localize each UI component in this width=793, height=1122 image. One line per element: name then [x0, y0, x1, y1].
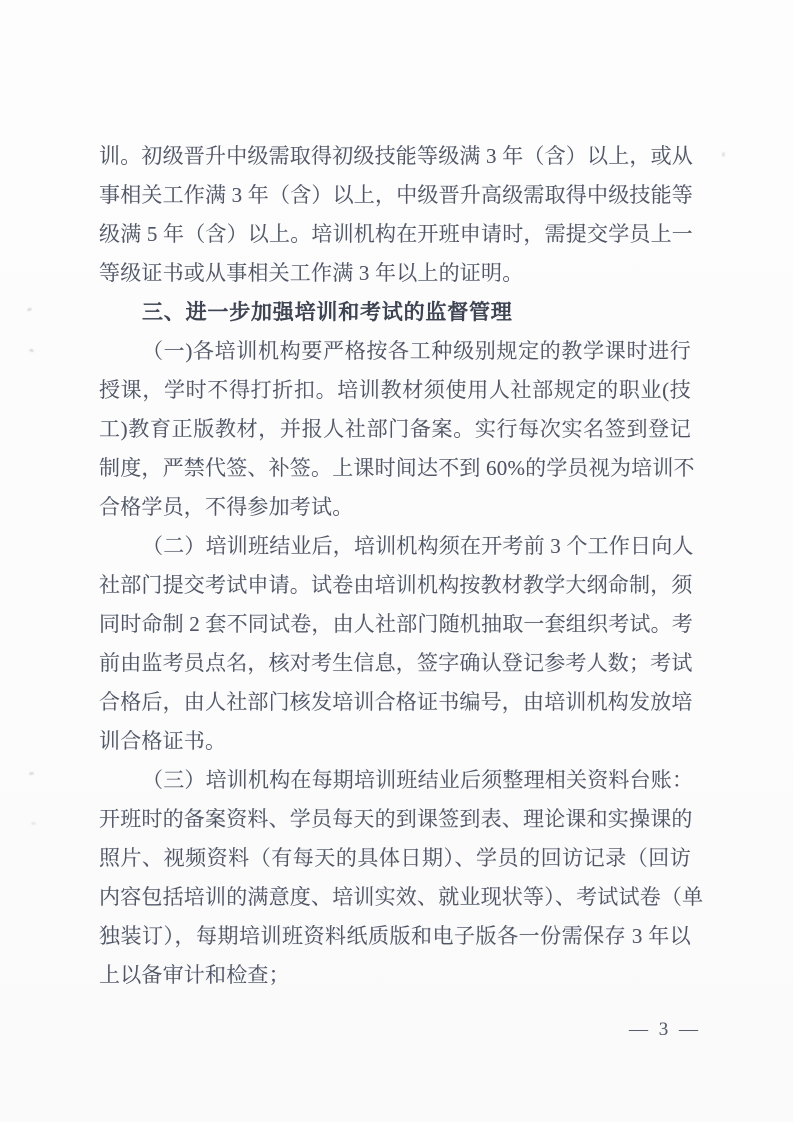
body-line: 同时命制 2 套不同试卷，由人社部门随机抽取一套组织考试。考	[99, 605, 691, 644]
section-heading: 三、进一步加强培训和考试的监督管理	[99, 293, 691, 332]
body-line: 工)教育正版教材，并报人社部门备案。实行每次实名签到登记	[99, 410, 691, 449]
body-line: 照片、视频资料（有每天的具体日期）、学员的回访记录（回访	[99, 839, 691, 878]
body-line: 训。初级晋升中级需取得初级技能等级满 3 年（含）以上，或从	[99, 137, 691, 176]
body-line: 独装订），每期培训班资料纸质版和电子版各一份需保存 3 年以	[99, 917, 691, 956]
body-line: 制度，严禁代签、补签。上课时间达不到 60%的学员视为培训不	[99, 449, 691, 488]
body-line: 等级证书或从事相关工作满 3 年以上的证明。	[99, 254, 691, 293]
body-line: 合格后，由人社部门核发培训合格证书编号，由培训机构发放培	[99, 683, 691, 722]
body-line: （一)各培训机构要严格按各工种级别规定的教学课时进行	[99, 332, 691, 371]
scan-speck	[31, 822, 36, 825]
body-line: （三）培训机构在每期培训班结业后须整理相关资料台账：	[99, 761, 691, 800]
scan-speck	[29, 348, 35, 352]
document-body: 训。初级晋升中级需取得初级技能等级满 3 年（含）以上，或从 事相关工作满 3 …	[99, 137, 691, 995]
scanned-document-page: 训。初级晋升中级需取得初级技能等级满 3 年（含）以上，或从 事相关工作满 3 …	[0, 0, 793, 1122]
page-number: — 3 —	[629, 1016, 701, 1044]
body-line: 级满 5 年（含）以上。培训机构在开班申请时，需提交学员上一	[99, 215, 691, 254]
scan-speck	[29, 772, 34, 776]
body-line: 事相关工作满 3 年（含）以上，中级晋升高级需取得中级技能等	[99, 176, 691, 215]
body-line: 前由监考员点名，核对考生信息，签字确认登记参考人数；考试	[99, 644, 691, 683]
scan-speck	[722, 152, 725, 157]
body-line: 开班时的备案资料、学员每天的到课签到表、理论课和实操课的	[99, 800, 691, 839]
body-line: 训合格证书。	[99, 722, 691, 761]
body-line: （二）培训班结业后，培训机构须在开考前 3 个工作日向人	[99, 527, 691, 566]
body-line: 授课，学时不得打折扣。培训教材须使用人社部规定的职业(技	[99, 371, 691, 410]
scan-speck	[27, 307, 33, 312]
body-line: 社部门提交考试申请。试卷由培训机构按教材教学大纲命制，须	[99, 566, 691, 605]
body-line: 上以备审计和检查；	[99, 956, 691, 995]
body-line: 内容包括培训的满意度、培训实效、就业现状等）、考试试卷（单	[99, 878, 691, 917]
body-line: 合格学员，不得参加考试。	[99, 488, 691, 527]
